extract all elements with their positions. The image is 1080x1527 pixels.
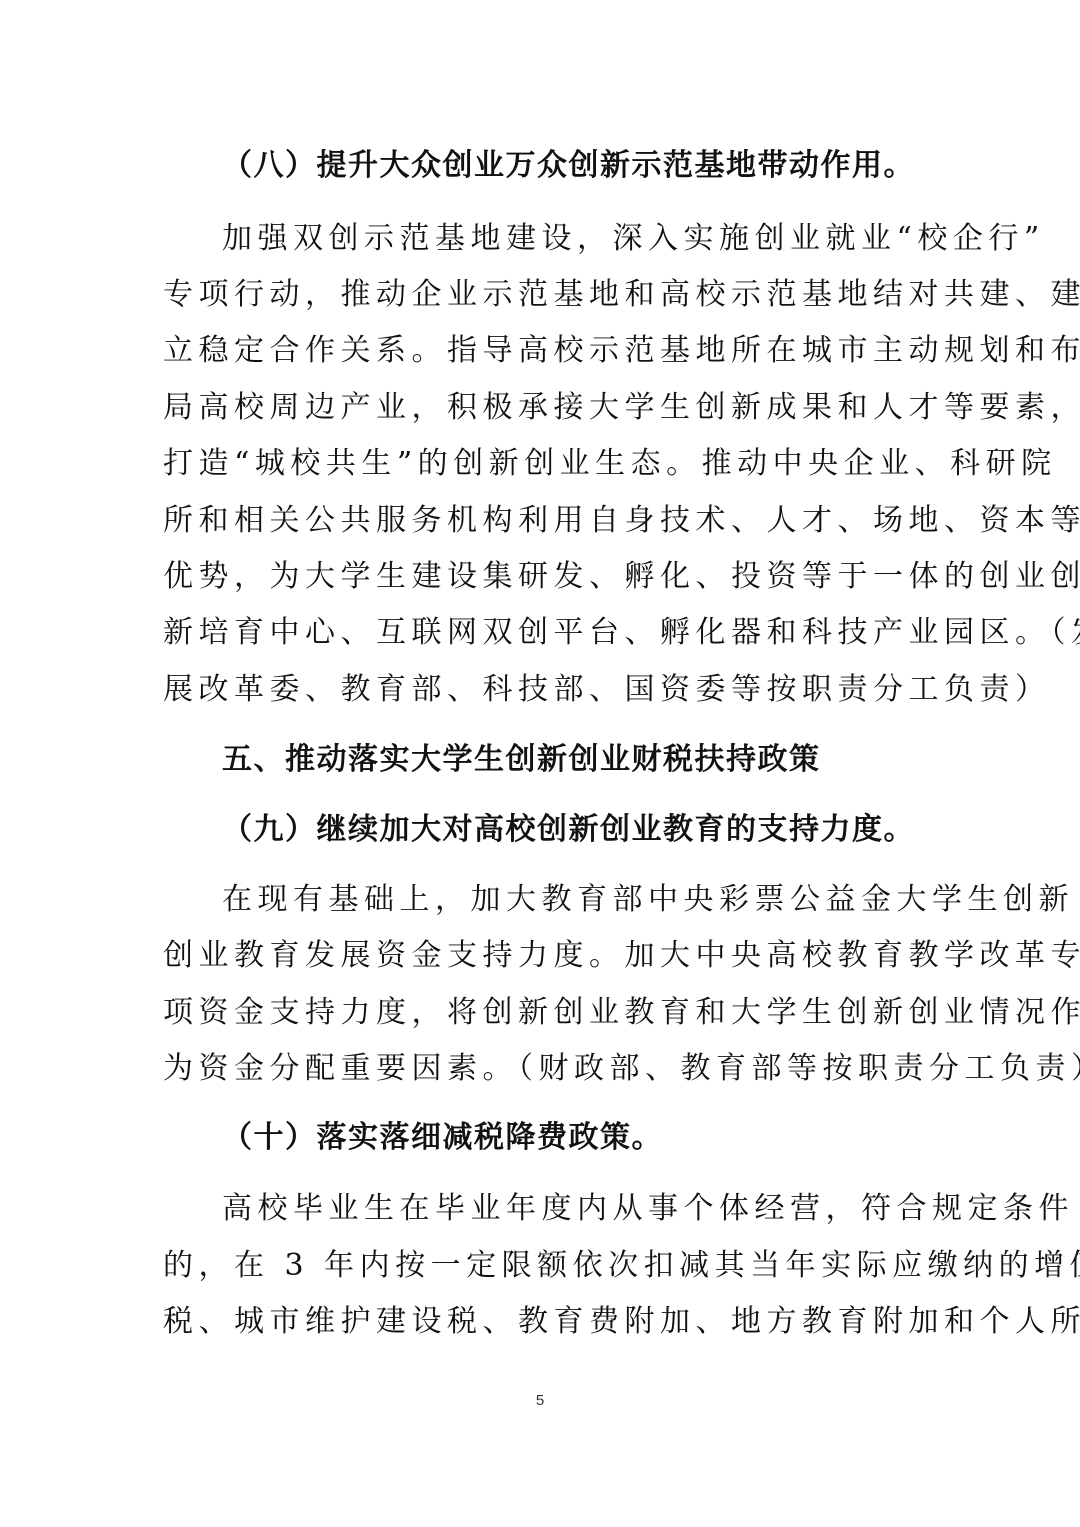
paragraph-line: 局高校周边产业，积极承接大学生创新成果和人才等要素， [163,388,923,428]
paragraph-line: 项资金支持力度，将创新创业教育和大学生创新创业情况作 [163,993,923,1033]
page-number: 5 [0,1392,1080,1409]
paragraph-line: 所和相关公共服务机构利用自身技术、人才、场地、资本等 [163,501,923,541]
paragraph-line: 为资金分配重要因素。（财政部、教育部等按职责分工负责） [163,1049,923,1089]
paragraph-line: 在现有基础上，加大教育部中央彩票公益金大学生创新 [222,880,982,920]
paragraph-line: 展改革委、教育部、科技部、国资委等按职责分工负责） [163,670,923,710]
paragraph-line: 优势，为大学生建设集研发、孵化、投资等于一体的创业创 [163,557,923,597]
paragraph-line: 新培育中心、互联网双创平台、孵化器和科技产业园区。（发 [163,613,923,653]
paragraph-line: 创业教育发展资金支持力度。加大中央高校教育教学改革专 [163,936,923,976]
paragraph-line: 打造“城校共生”的创新创业生态。推动中央企业、科研院 [163,444,923,484]
paragraph-line: 税、城市维护建设税、教育费附加、地方教育附加和个人所 [163,1302,923,1342]
paragraph-line: 立稳定合作关系。指导高校示范基地所在城市主动规划和布 [163,331,923,371]
subheading-9: （九）继续加大对高校创新创业教育的支持力度。 [222,810,982,850]
paragraph-line: 专项行动，推动企业示范基地和高校示范基地结对共建、建 [163,275,923,315]
paragraph-line: 高校毕业生在毕业年度内从事个体经营，符合规定条件 [222,1189,982,1229]
subheading-8: （八）提升大众创业万众创新示范基地带动作用。 [222,146,982,186]
subheading-10: （十）落实落细减税降费政策。 [222,1118,982,1158]
paragraph-line: 加强双创示范基地建设，深入实施创业就业“校企行” [222,219,982,259]
paragraph-line: 的，在 3 年内按一定限额依次扣减其当年实际应缴纳的增值 [163,1246,923,1286]
section-heading-5: 五、推动落实大学生创新创业财税扶持政策 [222,740,982,780]
